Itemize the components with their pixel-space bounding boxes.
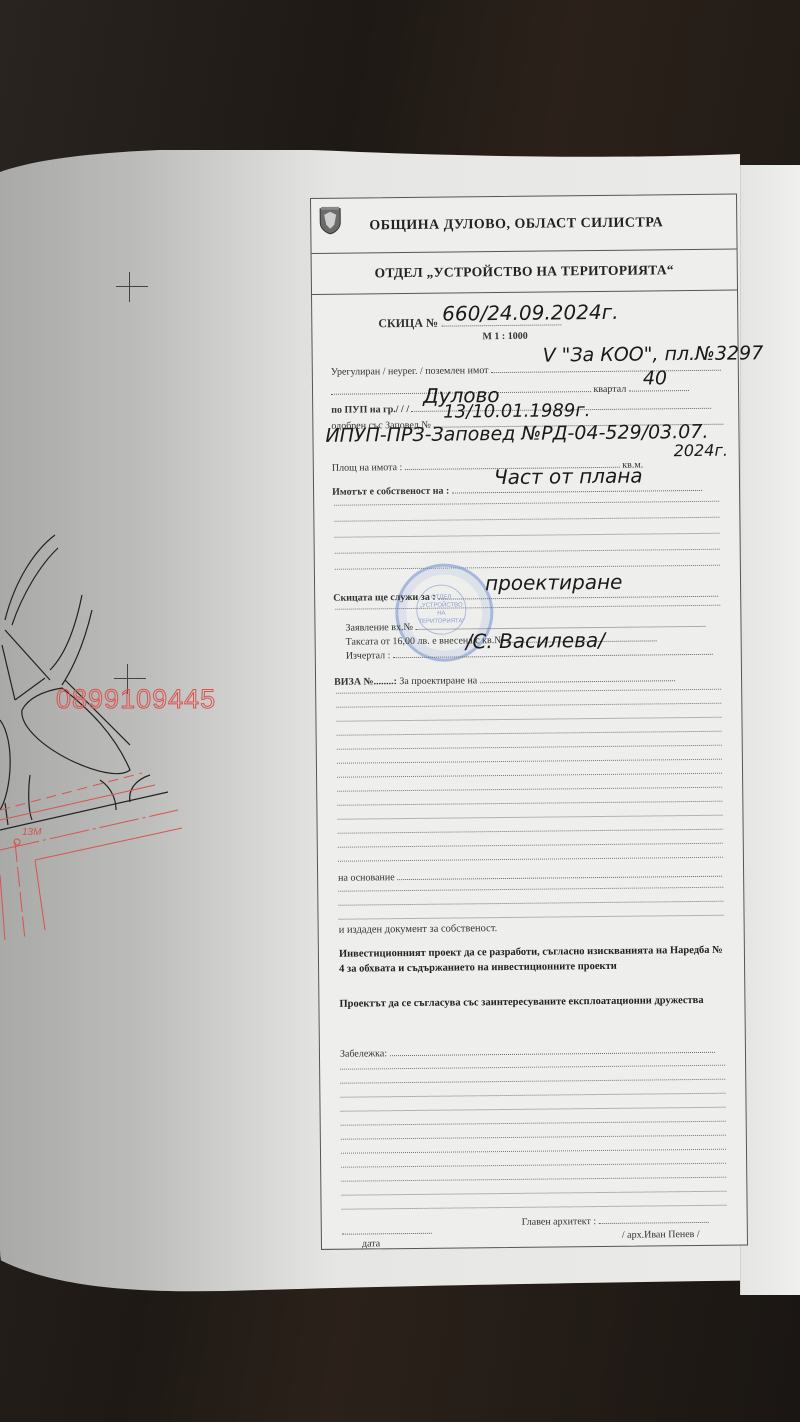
coordination-paragraph: Проектът да се съгласува със заинтересув… bbox=[339, 993, 729, 1012]
header-municipality: ОБЩИНА ДУЛОВО, ОБЛАСТ СИЛИСТРА bbox=[311, 195, 737, 254]
quarter-value: 40 bbox=[643, 367, 667, 389]
chief-architect-label: Главен архитект : bbox=[522, 1216, 597, 1228]
pup-label: по ПУП на гр./ / / bbox=[331, 404, 409, 416]
quarter-label: квартал bbox=[593, 384, 626, 395]
owner-label: Имотът е собственост на : bbox=[332, 486, 449, 498]
area-label: Площ на имота : bbox=[332, 462, 403, 474]
ipup-note-year: 2024г. bbox=[674, 441, 728, 461]
scale-label: М 1 : 1000 bbox=[482, 331, 527, 342]
purpose-value: проектиране bbox=[485, 570, 623, 595]
visa-label: ВИЗА №........: bbox=[334, 676, 397, 688]
svg-text:13М: 13М bbox=[22, 827, 42, 838]
department-title: ОТДЕЛ „УСТРОЙСТВО НА ТЕРИТОРИЯТА“ bbox=[312, 250, 737, 294]
sketch-number-value: 660/24.09.2024г. bbox=[442, 300, 619, 326]
application-label: Заявление вх.№ bbox=[345, 622, 413, 634]
chief-architect-name: / арх.Иван Пенев / bbox=[622, 1229, 700, 1241]
underlying-sheet-edge bbox=[740, 165, 800, 1295]
municipality-title: ОБЩИНА ДУЛОВО, ОБЛАСТ СИЛИСТРА bbox=[369, 215, 663, 234]
property-label: Урегулиран / неурег. / поземлен имот bbox=[331, 365, 489, 378]
cadastral-map-fragment: 13М bbox=[0, 520, 200, 940]
property-value: V "За КОО", пл.№3297 bbox=[543, 342, 764, 366]
investment-project-paragraph: Инвестиционният проект да се разработи, … bbox=[339, 943, 729, 977]
drawn-by-label: Изчертал : bbox=[346, 650, 391, 661]
municipal-crest-icon bbox=[319, 207, 341, 235]
sketch-form: ОБЩИНА ДУЛОВО, ОБЛАСТ СИЛИСТРА ОТДЕЛ „УС… bbox=[310, 194, 748, 1250]
crosshair-mark bbox=[116, 272, 148, 302]
drawn-by-signature: /С. Василева/ bbox=[466, 628, 606, 653]
ownership-doc-text: и издаден документ за собственост. bbox=[339, 923, 498, 936]
date-label: дата bbox=[362, 1238, 380, 1249]
fee-label: Таксата от bbox=[346, 636, 390, 647]
purpose-label: Скицата ще служи за : bbox=[333, 592, 436, 604]
basis-label: на основание bbox=[338, 872, 395, 884]
ipup-note: ИПУП-ПРЗ-Заповед №РД-04-529/03.07. bbox=[325, 421, 708, 447]
owner-value: Част от плана bbox=[494, 464, 643, 490]
note-label: Забележка: bbox=[340, 1048, 387, 1059]
visa-design-label: За проектиране на bbox=[399, 675, 477, 687]
sketch-number-label: СКИЦА № bbox=[378, 316, 438, 331]
order-value: 13/10.01.1989г. bbox=[443, 400, 590, 423]
header-department: ОТДЕЛ „УСТРОЙСТВО НА ТЕРИТОРИЯТА“ bbox=[312, 250, 737, 295]
phone-watermark: 0899109445 bbox=[56, 684, 216, 715]
